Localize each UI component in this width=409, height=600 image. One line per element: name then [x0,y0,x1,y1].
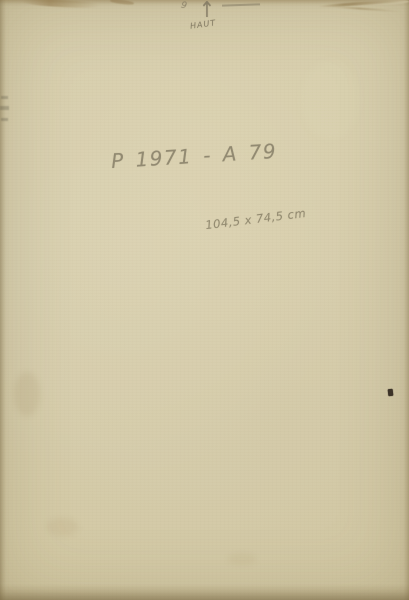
bottom-edge-shadow [0,584,409,600]
stain [300,60,360,140]
stain [14,372,40,416]
left-edge-marks [0,96,12,132]
artwork-verso-photo: 9 ↑ HAUT P 1971 - A 79 104,5 x 74,5 cm [0,0,409,600]
right-edge-shadow [404,0,409,600]
stain [46,518,78,536]
stain [228,553,256,565]
dark-spot [388,389,394,396]
left-edge-shadow [0,0,6,600]
